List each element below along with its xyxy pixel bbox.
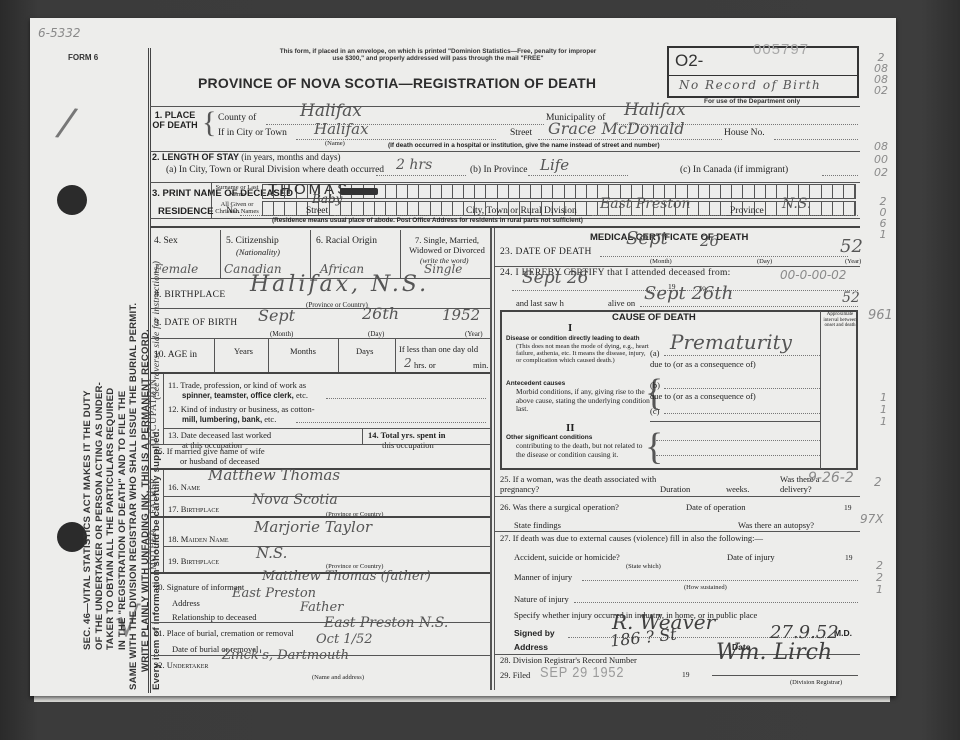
- mother-side-label: MOTHER: [148, 529, 158, 570]
- dotted-line: [334, 215, 464, 216]
- residence-city-value: East Preston: [600, 196, 690, 212]
- margin-code: 1: [880, 416, 887, 428]
- dob-month: Sept: [258, 306, 295, 325]
- stay-canada-label: (c) In Canada (if immigrant): [680, 165, 788, 175]
- cause-b-label: (b): [650, 380, 660, 390]
- q11-examples: spinner, teamster, office clerk,: [182, 391, 294, 400]
- county-value: Halifax: [300, 101, 362, 121]
- day-caption: (Day): [368, 330, 384, 338]
- divider: [268, 338, 269, 372]
- father-side-label: FATHER: [148, 478, 158, 514]
- margin-code: 08: [870, 140, 892, 153]
- medical-certificate-heading: MEDICAL CERTIFICATE OF DEATH: [590, 232, 748, 243]
- mailing-notice-line: This form, if placed in an envelope, on …: [248, 48, 628, 55]
- direct-cause-note: (This does not mean the mode of dying, e…: [516, 343, 652, 364]
- informant-signature-label: 20. Signature of informant: [154, 582, 244, 592]
- findings-label: State findings: [514, 520, 561, 530]
- age-days-label: Days: [356, 346, 373, 356]
- dotted-line: [770, 215, 858, 216]
- dotted-line: [664, 355, 820, 356]
- father-birthplace-label: 17. Birthplace: [168, 504, 219, 514]
- dotted-line: [326, 398, 486, 399]
- dotted-line: [774, 139, 858, 140]
- nature-label: Nature of injury: [514, 594, 569, 604]
- rule: [163, 428, 490, 429]
- q15-label: 15. If married give name of wife or husb…: [154, 446, 265, 466]
- column-divider: [490, 228, 492, 690]
- residence-street-label: Street: [306, 206, 328, 216]
- divider: [362, 428, 363, 444]
- margin-code: 1: [872, 229, 894, 240]
- label-text: 2. LENGTH OF STAY: [152, 152, 239, 162]
- manner-label: Manner of injury: [514, 572, 572, 582]
- divider: [395, 338, 396, 372]
- divider: [338, 338, 339, 372]
- margin-code: 00: [870, 153, 892, 166]
- last-saw-label: and last saw h: [516, 298, 564, 308]
- margin-pencil-codes-4: 1 1 1: [880, 392, 887, 428]
- injury-date-label: Date of injury: [727, 552, 775, 562]
- dotted-line: [664, 388, 820, 389]
- form-number: FORM 6: [68, 53, 98, 62]
- sex-value: Female: [154, 262, 198, 276]
- cause-a-value: Prematurity: [670, 330, 792, 354]
- divider: [163, 374, 164, 444]
- q14-label: 14. Total yrs. spent in this occupation: [368, 430, 445, 450]
- occupation-side-label: OCCUPATION: [148, 379, 159, 446]
- section-divider: [150, 372, 490, 374]
- form-margin-rule: [148, 48, 151, 693]
- rule: [150, 308, 490, 309]
- mailing-notice: This form, if placed in an envelope, on …: [248, 48, 628, 62]
- registrar-signature: Wm. Lirch: [716, 640, 832, 665]
- instruction-line: OF THE UNDERTAKER OR PERSON ACTING AS UN…: [94, 130, 106, 690]
- rule: [712, 675, 858, 676]
- informant-signature: Matthew Thomas (father): [262, 569, 431, 584]
- q15-text-2: or husband of deceased: [154, 456, 265, 466]
- rule: [150, 338, 490, 339]
- filed-label: 29. Filed: [500, 670, 530, 680]
- registration-number-stamp: 005797: [753, 41, 809, 58]
- margin-code: 961: [868, 308, 893, 323]
- q25-text: 25. If a woman, was the death associated…: [500, 474, 660, 494]
- external-causes-label: 27. If death was due to external causes …: [500, 533, 763, 543]
- municipality-value: Halifax: [624, 100, 686, 120]
- print-name-label: 3. PRINT NAME OF DECEASED: [152, 188, 212, 200]
- mother-birthplace-value: N.S.: [256, 544, 287, 562]
- death-month: Sept: [626, 228, 668, 249]
- antecedent-note: Morbid conditions, if any, giving rise t…: [516, 388, 650, 414]
- dob-day: 26th: [362, 304, 399, 323]
- birthplace-value: Halifax, N.S.: [250, 272, 429, 297]
- citizenship-label: 5. Citizenship: [226, 236, 279, 246]
- mother-birthplace-label: 19. Birthplace: [168, 556, 219, 566]
- divider: [214, 338, 215, 372]
- margin-code: 2: [874, 475, 882, 489]
- registrar-caption: (Division Registrar): [790, 679, 842, 686]
- informant-address-value: East Preston: [232, 586, 316, 601]
- city-caption: (Name): [325, 140, 345, 147]
- age-less-label: If less than one day old: [399, 344, 478, 354]
- margin-pencil-codes-2: 08 00 02: [870, 140, 892, 179]
- date-of-death-label: 23. DATE OF DEATH: [500, 247, 592, 257]
- direct-cause-label: Disease or condition directly leading to…: [506, 335, 639, 342]
- mailing-notice-line: use $300," and properly addressed will p…: [248, 55, 628, 62]
- surgical-operation-label: 26. Was there a surgical operation?: [500, 502, 619, 512]
- margin-code: 02: [870, 166, 892, 179]
- year-caption: (Year): [465, 330, 483, 338]
- age-min-label: min.: [473, 360, 488, 370]
- due-to-label: due to (or as a consequence of): [650, 359, 756, 369]
- dotted-line: [528, 175, 628, 176]
- year-prefix: 19: [845, 553, 853, 562]
- due-to-label: due to (or as a consequence of): [650, 391, 756, 401]
- length-of-stay-heading: 2. LENGTH OF STAY (in years, months and …: [152, 152, 341, 162]
- department-caption: For use of the Department only: [704, 98, 800, 105]
- q12-label: 12. Kind of industry or business, as cot…: [168, 404, 315, 425]
- brace: {: [202, 106, 216, 140]
- margin-code: 1: [876, 584, 883, 596]
- father-name-label: 16. Name: [168, 482, 200, 492]
- stay-province-label: (b) In Province: [470, 165, 528, 175]
- divider: [400, 230, 401, 278]
- dotted-line: [376, 175, 466, 176]
- q14-text-2: this occupation: [368, 440, 445, 450]
- residence-note: (Residence means usual place of abode. P…: [272, 217, 583, 224]
- street-label: Street: [510, 128, 532, 138]
- county-label: County of: [218, 113, 256, 123]
- dotted-line: [296, 422, 486, 423]
- city-label: If in City or Town: [218, 128, 287, 138]
- racial-origin-label: 6. Racial Origin: [316, 236, 377, 246]
- day-caption: (Day): [757, 258, 772, 265]
- divider: [310, 230, 311, 278]
- state-which-caption: (State which): [626, 563, 661, 570]
- year-prefix: 19: [682, 670, 690, 679]
- rule: [494, 496, 860, 497]
- part-one-label: I: [568, 322, 572, 334]
- instruction-line: SEC. 46—VITAL STATISTICS ACT MAKES IT TH…: [82, 130, 94, 690]
- pencil-code: 00-0-00-02: [780, 268, 846, 282]
- undertaker-value: Zinck's, Dartmouth: [222, 648, 349, 663]
- city-value: Halifax: [314, 120, 369, 138]
- dotted-line: [240, 215, 300, 216]
- undertaker-caption: (Name and address): [312, 674, 364, 681]
- operation-date-label: Date of operation: [686, 502, 745, 512]
- signed-by-label: Signed by: [514, 628, 555, 638]
- instruction-line: SAME WITH THE DIVISION REGISTRAR WHO SHA…: [128, 130, 140, 690]
- department-prefix: O2-: [675, 51, 703, 71]
- other-conditions-note: contributing to the death, but not relat…: [516, 442, 650, 459]
- section-place-of-death-label: 1. PLACE OF DEATH: [150, 110, 200, 130]
- department-note: No Record of Birth: [679, 78, 821, 92]
- dotted-line: [600, 256, 848, 257]
- dotted-line: [664, 413, 820, 414]
- age-hours-label: hrs. or: [414, 360, 436, 370]
- q14-text: 14. Total yrs. spent in: [368, 430, 445, 440]
- dotted-line: [822, 175, 858, 176]
- age-hours-value: 2: [404, 356, 412, 370]
- marital-status-value: Single: [424, 262, 462, 276]
- dotted-line: [582, 580, 858, 581]
- surname-label: Surname or Last Name: [212, 184, 262, 198]
- month-caption: (Month): [650, 258, 672, 265]
- street-value: Grace McDonald: [548, 119, 685, 138]
- margin-pencil-codes-3: 2 0 6 1: [872, 196, 894, 240]
- attended-from-value: Sept 26: [522, 268, 588, 288]
- dotted-line: [592, 215, 726, 216]
- duration-label: Duration: [660, 484, 690, 494]
- form-title: PROVINCE OF NOVA SCOTIA—REGISTRATION OF …: [198, 75, 596, 91]
- dotted-line: [266, 124, 544, 125]
- rule: [163, 546, 490, 547]
- label-note: (in years, months and days): [241, 152, 340, 162]
- interval-column-divider: [820, 311, 821, 469]
- interval-caption: Approximate interval between onset and d…: [822, 312, 858, 329]
- filed-date-stamp: SEP 29 1952: [540, 664, 624, 681]
- etc: etc.: [296, 390, 308, 400]
- rule: [150, 444, 490, 445]
- residence-city-label: City, Town or Rural Division: [466, 206, 577, 216]
- other-conditions-label: Other significant conditions: [506, 434, 592, 441]
- section-divider: [150, 226, 860, 228]
- birthplace-label: 8. BIRTHPLACE: [154, 290, 225, 300]
- redaction-mark: [340, 188, 378, 195]
- burial-place-value: East Preston N.S.: [324, 615, 448, 631]
- q11-text: 11. Trade, profession, or kind of work a…: [168, 380, 308, 390]
- brace: {: [645, 428, 663, 466]
- residence-label: RESIDENCE: [158, 206, 213, 217]
- physician-address-label: Address: [514, 642, 548, 652]
- q25-label: 25. If a woman, was the death associated…: [500, 474, 660, 494]
- weeks-label: weeks.: [726, 484, 749, 494]
- pencil-file-id: 6-5332: [38, 26, 81, 40]
- antecedent-label: Antecedent causes: [506, 380, 565, 387]
- column-divider: [494, 228, 495, 690]
- q12-text: 12. Kind of industry or business, as cot…: [168, 404, 315, 414]
- divider: [220, 230, 221, 278]
- how-sustained-caption: (How sustained): [684, 584, 727, 591]
- father-birthplace-value: Nova Scotia: [252, 492, 338, 508]
- marital-status-label: 7. Single, Married, Widowed or Divorced: [404, 235, 490, 255]
- accident-label: Accident, suicide or homicide?: [514, 552, 620, 562]
- margin-pencil-codes: 2 08 08 02: [870, 52, 892, 96]
- relationship-value: Father: [300, 600, 343, 615]
- mother-maiden-name-value: Marjorie Taylor: [254, 518, 372, 536]
- rule: [150, 106, 860, 107]
- residence-province-value: N.S.: [782, 196, 811, 212]
- stay-province-value: Life: [540, 156, 569, 174]
- q13-text: 13. Date deceased last worked: [168, 430, 271, 440]
- etc: etc.: [264, 414, 276, 424]
- age-years-label: Years: [234, 346, 253, 356]
- residence-province-label: Province: [730, 206, 764, 216]
- divider: [163, 518, 164, 572]
- citizenship-sublabel: (Nationality): [236, 247, 280, 257]
- age-label: 10. AGE in: [154, 350, 197, 360]
- last-year-value: 52: [842, 290, 860, 306]
- rule: [150, 182, 860, 183]
- q12-examples: mill, lumbering, bank,: [182, 415, 262, 424]
- instruction-line: IN THE "REGISTRATION OF DEATH" AND TO FI…: [117, 130, 129, 690]
- death-day: 26: [700, 232, 719, 250]
- given-names-value: Baby: [312, 192, 342, 206]
- stay-city-value: 2 hrs: [396, 157, 432, 173]
- death-year: 52: [840, 236, 863, 257]
- burial-place-label: 21. Place of burial, cremation or remova…: [154, 628, 294, 638]
- relationship-label: Relationship to deceased: [172, 612, 257, 622]
- divider: [163, 470, 164, 516]
- q11-label: 11. Trade, profession, or kind of work a…: [168, 380, 308, 401]
- father-name-value: Matthew Thomas: [208, 466, 340, 484]
- mother-maiden-name-label: 18. Maiden Name: [168, 534, 229, 544]
- cause-a-label: (a): [650, 348, 659, 358]
- margin-pencil-codes-5: 2 2 1: [876, 560, 883, 596]
- dotted-line: [656, 455, 820, 456]
- age-months-label: Months: [290, 346, 316, 356]
- alive-on-value: Sept 26th: [644, 283, 733, 304]
- stay-city-label: (a) In City, Town or Rural Division wher…: [166, 165, 384, 175]
- autopsy-label: Was there an autopsy?: [738, 520, 814, 530]
- sex-label: 4. Sex: [154, 236, 178, 246]
- rule: [650, 421, 820, 422]
- year-prefix: 19: [844, 503, 852, 512]
- label-text: 1. PLACE OF DEATH: [152, 110, 198, 130]
- rule: [494, 531, 860, 532]
- department-use-box: O2- 005797 No Record of Birth: [667, 46, 859, 98]
- alive-on-label: alive on: [608, 298, 635, 308]
- dotted-line: [574, 602, 858, 603]
- dotted-line: [538, 139, 722, 140]
- informant-address-label: Address: [172, 598, 200, 608]
- instruction-line: TAKER TO OBTAIN ALL THE PARTICULARS REQU…: [105, 130, 117, 690]
- cause-c-label: (c): [650, 406, 659, 416]
- dob-label: 9. DATE OF BIRTH: [154, 318, 237, 328]
- part-two-label: II: [566, 422, 575, 434]
- house-number-label: House No.: [724, 128, 765, 138]
- hospital-note: (If death occurred in a hospital or inst…: [388, 142, 660, 149]
- q15-text: 15. If married give name of wife: [154, 446, 265, 456]
- margin-code: 97X: [860, 512, 884, 526]
- dob-year: 1952: [442, 306, 480, 324]
- dotted-line: [656, 440, 820, 441]
- q25-pencil-code: 9-26-2: [808, 470, 854, 486]
- year-caption: (Year): [845, 258, 861, 265]
- dotted-line: [640, 306, 858, 307]
- margin-code: 02: [870, 85, 892, 96]
- rule: [494, 266, 860, 267]
- undertaker-label: 22. Undertaker: [154, 660, 208, 670]
- month-caption: (Month): [270, 330, 293, 338]
- residence-no-label: No.: [226, 206, 240, 216]
- burial-date-value: Oct 1/52: [316, 632, 373, 647]
- cause-of-death-heading: CAUSE OF DEATH: [612, 312, 696, 323]
